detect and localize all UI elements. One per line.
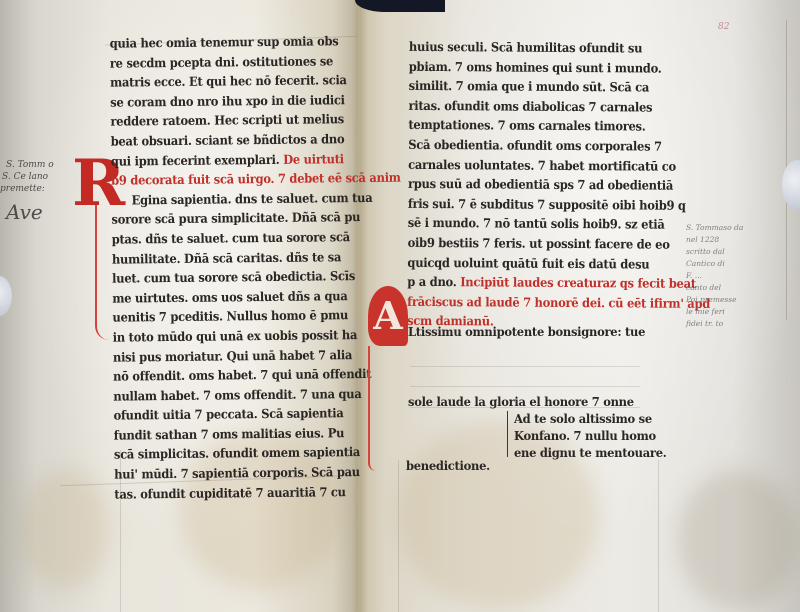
canticle-second-line: sole laude la gloria el honore 7 onne [408, 392, 653, 412]
rubric-segment: Incipiūt laudes creaturaz qs fecit beat [460, 274, 696, 291]
pencil-note-line: Poi premesse [686, 294, 786, 306]
text-line: Scā obedientia. ofundit oms corporales 7 [408, 135, 711, 157]
pencil-note-line: S. Tommaso da [686, 222, 786, 234]
canticle-first-line: Ltissimu omnipotente bonsignore: tue [408, 322, 666, 342]
text-line: Ltissimu omnipotente bonsignore: tue [408, 322, 645, 342]
rubric-line: frāciscus ad laudē 7 honorē dei. cū eēt … [407, 292, 710, 314]
initial-flourish [95, 205, 109, 340]
pencil-note-line: fidei tr. to [686, 318, 786, 330]
pencil-note-line: scritto dal [686, 246, 786, 258]
text-line: Konfano. 7 nullu homo [514, 427, 666, 444]
text-line: Ad te solo altissimo se [514, 410, 666, 427]
text-line: temptationes. 7 oms carnales timores. [408, 115, 711, 137]
pencil-note-line: canto del [686, 282, 786, 294]
open-manuscript: S. Tomm o S. Ce lano premette: Ave R qui… [0, 0, 800, 612]
left-text-block: quia hec omia tenemur sup omia obs re se… [110, 30, 430, 504]
ruling-vertical [658, 460, 659, 612]
text-line: quicqd uoluint quātū fuit eis datū desu [407, 252, 710, 274]
canticle-indented-lines: Ad te solo altissimo se Konfano. 7 nullu… [514, 410, 680, 461]
text-segment: p a dno. [407, 274, 456, 289]
pencil-note-line: le mie feri [686, 306, 786, 318]
text-line: huius seculi. Scā humilitas ofundit su [409, 37, 712, 59]
pencil-note-line: nel 1228 [686, 234, 786, 246]
parchment-stain [678, 470, 798, 610]
margin-note-ave: Ave [6, 200, 43, 224]
pencil-note-line: F. ... [686, 270, 786, 282]
rubric-segment: De uirtuti [283, 151, 344, 167]
text-line: benedictione. [406, 456, 490, 476]
text-line: oib9 bestiis 7 feris. ut possint facere … [408, 233, 711, 255]
parchment-stain [20, 470, 110, 590]
text-line: carnales uoluntates. 7 habet mortificatū… [408, 154, 711, 176]
margin-note-line: S. Ce lano [2, 172, 48, 183]
text-line: ritas. ofundit oms diabolicas 7 carnales [408, 96, 711, 118]
text-line-with-rubric: p a dno. Incipiūt laudes creaturaz qs fe… [407, 272, 710, 294]
ruling-line [410, 367, 640, 388]
text-line: pbiam. 7 oms homines qui sunt i mundo. [409, 56, 712, 78]
decorated-initial-a: A [368, 286, 408, 346]
text-line: tas. ofundit cupiditatē 7 auaritiā 7 cu [114, 481, 404, 504]
text-line: rpus suū ad obedientiā sps 7 ad obedient… [408, 174, 711, 196]
text-line: fris sui. 7 ē subditus 7 suppositē oibi … [408, 194, 711, 216]
initial-flourish [368, 346, 376, 471]
text-line: sē i mundo. 7 nō tantū solis hoib9. sz e… [408, 213, 711, 235]
pencil-note-line: Cantico di [686, 258, 786, 270]
ruling-line [410, 346, 640, 367]
text-line: ene dignu te mentouare. [514, 444, 666, 461]
text-line: similit. 7 omia que i mundo sūt. Scā ca [409, 76, 712, 98]
pencil-marginal-note: S. Tommaso da nel 1228 scritto dal Canti… [686, 222, 786, 332]
canticle-final-line: benedictione. [406, 456, 497, 476]
indent-bracket [507, 411, 508, 457]
text-line: sole laude la gloria el honore 7 onne [408, 392, 634, 412]
background-gap [355, 0, 445, 12]
margin-note-line: premette: [0, 184, 45, 195]
margin-note-line: S. Tomm o [6, 160, 54, 171]
folio-number: 82 [718, 22, 729, 32]
